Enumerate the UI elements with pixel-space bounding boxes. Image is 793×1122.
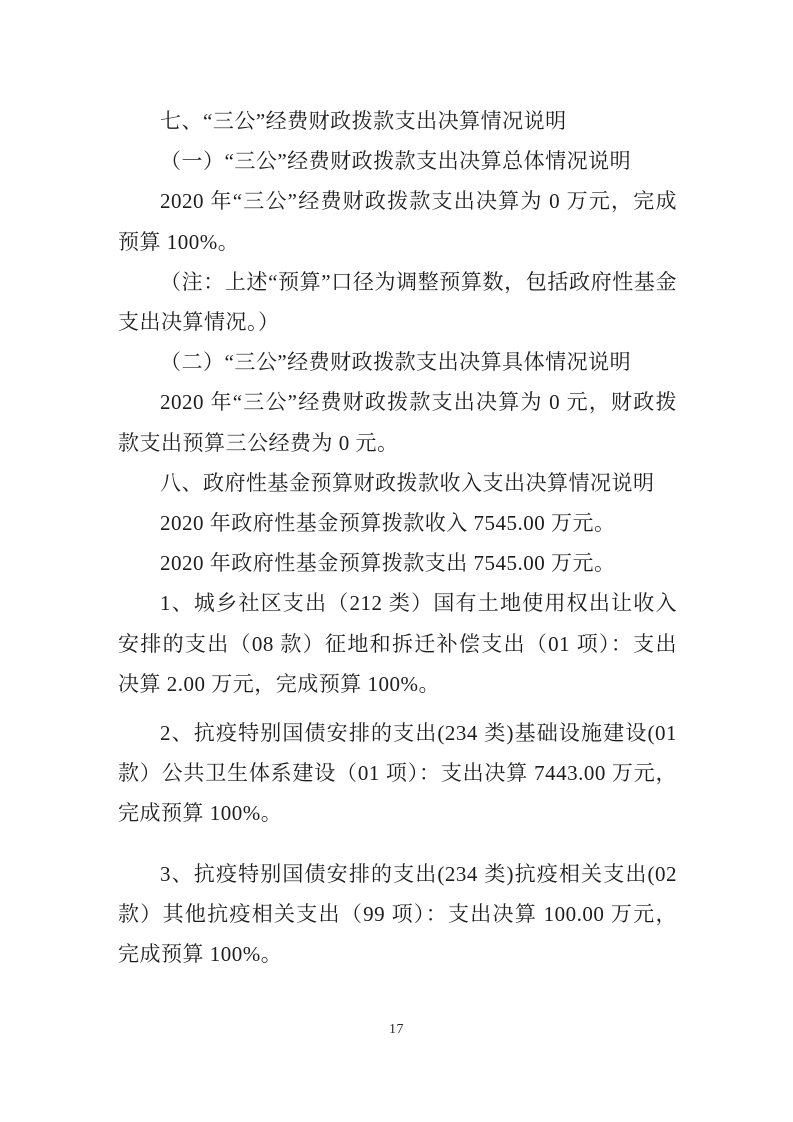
expense-item-3: 3、抗疫特别国债安排的支出(234 类)抗疫相关支出(02 款）其他抗疫相关支出… [118, 854, 677, 975]
expense-item-1: 1、城乡社区支出（212 类）国有土地使用权出让收入安排的支出（08 款）征地和… [118, 583, 677, 704]
section-8-heading: 八、政府性基金预算财政拨款收入支出决算情况说明 [118, 463, 677, 503]
section-8-income-line: 2020 年政府性基金预算拨款收入 7545.00 万元。 [118, 503, 677, 543]
section-7-1-body: 2020 年“三公”经费财政拨款支出决算为 0 万元，完成预算 100%。 [118, 181, 677, 261]
section-7-1-heading: （一）“三公”经费财政拨款支出决算总体情况说明 [118, 141, 677, 181]
section-7-heading: 七、“三公”经费财政拨款支出决算情况说明 [118, 101, 677, 141]
expense-item-2: 2、抗疫特别国债安排的支出(234 类)基础设施建设(01 款）公共卫生体系建设… [118, 713, 677, 834]
page-number: 17 [0, 1022, 793, 1038]
budget-note: （注：上述“预算”口径为调整预算数，包括政府性基金支出决算情况。） [118, 262, 677, 342]
section-7-2-body: 2020 年“三公”经费财政拨款支出决算为 0 元，财政拨款支出预算三公经费为 … [118, 382, 677, 462]
section-7-2-heading: （二）“三公”经费财政拨款支出决算具体情况说明 [118, 342, 677, 382]
section-8-expense-line: 2020 年政府性基金预算拨款支出 7545.00 万元。 [118, 543, 677, 583]
document-page: 七、“三公”经费财政拨款支出决算情况说明 （一）“三公”经费财政拨款支出决算总体… [0, 0, 793, 1122]
document-body: 七、“三公”经费财政拨款支出决算情况说明 （一）“三公”经费财政拨款支出决算总体… [118, 101, 677, 974]
